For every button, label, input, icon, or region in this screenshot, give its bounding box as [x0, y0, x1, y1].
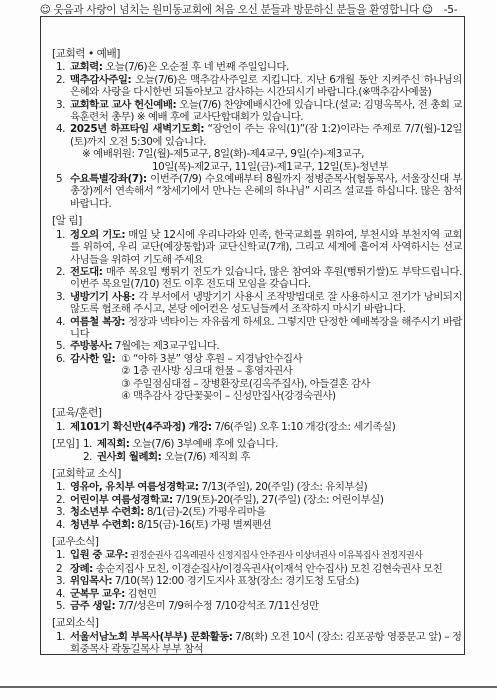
page-bottom-rule — [0, 686, 497, 688]
item-label: 제직회: — [97, 438, 129, 450]
list-item: 2. 맥추감사주일: 오늘(7/6)은 맥추감사주일로 지킵니다. 지난 6개월… — [52, 74, 462, 99]
item-label: 정오의 기도: — [70, 229, 125, 241]
section-title: [교회력 • 예배] — [52, 48, 462, 60]
welcome-banner: ☺ 웃음과 사랑이 넘치는 원미동교회에 처음 오신 분들과 방문하신 분들을 … — [40, 4, 433, 16]
list-item: 3. 냉방기기 사용: 각 부서에서 냉방기기 사용시 조작방법대로 잘 사용하… — [52, 291, 462, 316]
item-label: 입원 중 교우: — [70, 549, 128, 561]
list-item: 2 장례: 송순지집사 모친, 이경순집사/이경옥권사(이재석 안수집사) 모친… — [52, 563, 462, 575]
item-label: 제101기 확신반(4주과정) 개강: — [70, 421, 212, 433]
item-label: 서울서남노회 부목사(부부) 문화활동: — [70, 631, 232, 643]
item-label: 어린이부 여름성경학교: — [70, 494, 173, 506]
list-item: 2. 권사회 월례회: 오늘(7/6) 제직회 후 — [83, 451, 278, 463]
item-label: 맥추감사주일: — [70, 74, 131, 86]
item-label: 청소년부 수련회: — [70, 506, 144, 518]
item-text: 정장과 넥타이는 자유롭게 하세요. 그렇지만 단정한 예배복장을 해주시기 바… — [70, 316, 462, 340]
item-text: 권정순권사 김옥례권사 신정지집사 안주권사 이상녀권사 이유복집사 전정지권사 — [128, 551, 422, 561]
section-title: [모임] — [52, 438, 79, 462]
item-label: 주방봉사: — [70, 340, 112, 352]
list-item: 3. 교회학교 교사 헌신예배: 오늘(7/6) 찬양예배시간에 있습니다.(설… — [52, 99, 462, 124]
section-education: [교육/훈련] 1. 제101기 확신반(4주과정) 개강: 7/6(주일) 오… — [52, 407, 462, 433]
item-text: 김현민 — [125, 588, 157, 600]
list-item: 1. 제직회: 오늘(7/6) 3부예배 후에 있습니다. — [83, 438, 278, 450]
item-label: 위임목사: — [70, 575, 112, 587]
item-label: 청년부 수련회: — [70, 519, 134, 531]
item-text: 7/19(토)-20(주일), 27(주일) (장소: 어린이부실) — [173, 494, 384, 506]
list-item: 3. 청소년부 수련회: 8/1(금)-2(토) 가평우리마을 — [52, 506, 462, 518]
prayer-leaders-line: 10일(목)-제2교구, 11일(금)-제1교구, 12일(토)-청년부 — [70, 161, 462, 173]
item-text: 7/13(주일), 20(주일) (장소: 유치부실) — [199, 481, 368, 493]
item-label: 영유아, 유치부 여름성경학교: — [70, 481, 199, 493]
item-text: 8/15(금)-16(토) 가평 별찌펜션 — [134, 519, 271, 531]
thanks-entry: ④ 맥추감사 강단꽃꽂이 – 신성만집사(강경숙권사) — [121, 390, 370, 402]
list-item: 3. 위임목사: 7/10(목) 12:00 경기도지사 표창(장소: 경기도청… — [52, 575, 462, 587]
section-title: [알 림] — [52, 215, 462, 227]
section-external: [교외소식] 1. 서울서남노회 부목사(부부) 문화활동: 7/8(화) 오전… — [52, 617, 462, 655]
item-text: 송순지집사 모친, 이경순집사/이경옥권사(이재석 안수집사) 모친 김현숙권사… — [93, 563, 442, 575]
item-text: 매주 목요일 뻥튀기 전도가 있습니다, 많은 참여와 후원(뻥튀기쌀)도 부탁… — [70, 266, 462, 290]
list-item: 5. 주방봉사: 7월에는 제3교구입니다. — [52, 340, 462, 352]
thanks-entry: ③ 주일점심대접 – 장병환장로(김옥주집사), 아들결혼 감사 — [121, 378, 370, 390]
section-meetings: [모임] 1. 제직회: 오늘(7/6) 3부예배 후에 있습니다. 2. 권사… — [52, 438, 462, 463]
list-item: 4. 여름철 복장: 정장과 넥타이는 자유롭게 하세요. 그렇지만 단정한 예… — [52, 316, 462, 341]
thanks-entry: ① “아하 3분” 영상 후원 – 지경남안수집사 — [121, 353, 370, 365]
item-label: 수요특별강좌(7): — [70, 173, 147, 185]
item-label: 군복무 교우: — [70, 588, 125, 600]
list-item: 1. 입원 중 교우: 권정순권사 김옥례권사 신정지집사 안주권사 이상녀권사… — [52, 549, 462, 562]
list-item: 4. 2025년 하프타임 새벽기도회: “잠언이 주는 유익(1)”(잠 1:… — [52, 123, 462, 173]
item-label: 금주 생일: — [70, 600, 115, 612]
list-item: 2. 전도대: 매주 목요일 뻥튀기 전도가 있습니다, 많은 참여와 후원(뻥… — [52, 266, 462, 291]
list-item: 2. 어린이부 여름성경학교: 7/19(토)-20(주일), 27(주일) (… — [52, 494, 462, 506]
item-text: 8/1(금)-2(토) 가평우리마을 — [144, 506, 266, 518]
item-label: 여름철 복장: — [70, 316, 125, 328]
item-label: 감사한 일: — [70, 353, 115, 403]
item-text: 오늘(7/6) 3부예배 후에 있습니다. — [129, 438, 277, 450]
prayer-leaders-line: ※ 예배위원: 7일(월)-제5교구, 8일(화)-제4교구, 9일(수)-제3… — [70, 148, 462, 160]
item-label: 냉방기기 사용: — [70, 291, 135, 303]
item-text: 오늘(7/6)은 오순절 후 네 번째 주일입니다. — [102, 61, 288, 73]
item-text: 7/10(목) 12:00 경기도지사 표창(장소: 경기도청 도담소) — [112, 575, 359, 587]
thanks-item: 6. 감사한 일: ① “아하 3분” 영상 후원 – 지경남안수집사 ② 1층… — [52, 353, 462, 403]
section-title: [교우소식] — [52, 536, 462, 548]
list-item: 5 수요특별강좌(7): 이번주(7/9) 수요예배부터 8월까지 정병준목사(… — [52, 173, 462, 210]
item-label: 전도대: — [70, 266, 102, 278]
page-number: -5- — [444, 4, 458, 16]
item-text: 오늘(7/6) 제직회 후 — [161, 451, 250, 463]
item-label: 교회력: — [70, 61, 102, 73]
item-label: 장례: — [70, 563, 93, 575]
item-label: 교회학교 교사 헌신예배: — [70, 99, 176, 111]
list-item: 1. 정오의 기도: 매일 낮 12시에 우리나라와 민족, 한국교회를 위하여… — [52, 229, 462, 266]
list-item: 1. 영유아, 유치부 여름성경학교: 7/13(주일), 20(주일) (장소… — [52, 481, 462, 493]
list-item: 1. 교회력: 오늘(7/6)은 오순절 후 네 번째 주일입니다. — [52, 61, 462, 73]
section-school: [교회학교 소식] 1. 영유아, 유치부 여름성경학교: 7/13(주일), … — [52, 468, 462, 531]
list-item: 5. 금주 생일: 7/7/성은미 7/9허수정 7/10강석조 7/11신성만 — [52, 600, 462, 612]
section-worship: [교회력 • 예배] 1. 교회력: 오늘(7/6)은 오순절 후 네 번째 주… — [52, 48, 462, 210]
list-item: 4. 군복무 교우: 김현민 — [52, 588, 462, 600]
list-item: 4. 청년부 수련회: 8/15(금)-16(토) 가평 별찌펜션 — [52, 519, 462, 531]
section-title: [교외소식] — [52, 617, 462, 629]
item-text: 매일 낮 12시에 우리나라와 민족, 한국교회를 위하여, 부천시와 부천지역… — [70, 229, 462, 266]
thanks-list: ① “아하 3분” 영상 후원 – 지경남안수집사 ② 1층 권사방 싱크대 헌… — [121, 353, 370, 403]
item-label: 권사회 월례회: — [97, 451, 161, 463]
list-item: 1. 제101기 확신반(4주과정) 개강: 7/6(주일) 오후 1:10 개… — [52, 421, 462, 433]
section-title: [교회학교 소식] — [52, 468, 462, 480]
thanks-entry: ② 1층 권사방 싱크대 헌물 – 홍영자권사 — [121, 365, 370, 377]
section-title: [교육/훈련] — [52, 407, 462, 419]
list-item: 1. 서울서남노회 부목사(부부) 문화활동: 7/8(화) 오전 10시 (장… — [52, 631, 462, 656]
item-text: 7월에는 제3교구입니다. — [112, 340, 219, 352]
item-text: 7/6(주일) 오후 1:10 개강(장소: 세기족실) — [212, 421, 396, 433]
section-members: [교우소식] 1. 입원 중 교우: 권정순권사 김옥례권사 신정지집사 안주권… — [52, 536, 462, 612]
bulletin-content: [교회력 • 예배] 1. 교회력: 오늘(7/6)은 오순절 후 네 번째 주… — [52, 48, 462, 661]
item-text: 7/7/성은미 7/9허수정 7/10강석조 7/11신성만 — [115, 600, 318, 612]
section-notices: [알 림] 1. 정오의 기도: 매일 낮 12시에 우리나라와 민족, 한국교… — [52, 215, 462, 402]
item-label: 2025년 하프타임 새벽기도회: — [70, 123, 204, 135]
page-header: ☺ 웃음과 사랑이 넘치는 원미동교회에 처음 오신 분들과 방문하신 분들을 … — [0, 2, 497, 17]
